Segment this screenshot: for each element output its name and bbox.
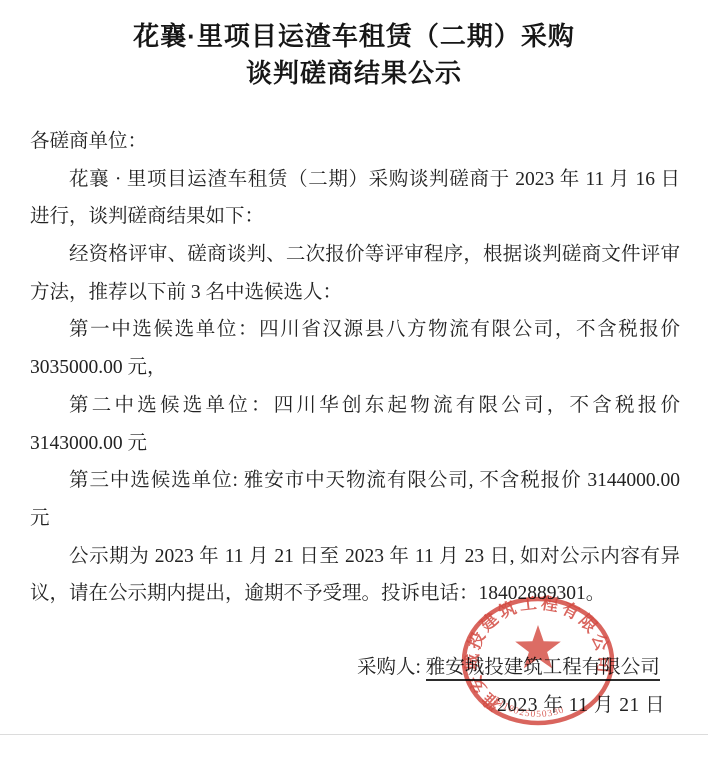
body-line: 进行，谈判磋商结果如下： <box>30 198 680 236</box>
salutation-line: 各磋商单位： <box>30 123 680 161</box>
body-line: 第三中选候选单位: 雅安市中天物流有限公司, 不含税报价 3144000.00 <box>30 462 680 500</box>
body-line: 第二中选候选单位：四川华创东起物流有限公司，不含税报价 <box>30 387 680 425</box>
scan-fold-line <box>0 734 708 735</box>
body-line: 第一中选候选单位：四川省汉源县八方物流有限公司，不含税报价 <box>30 311 680 349</box>
body-line: 元 <box>30 500 680 538</box>
document-body: 各磋商单位： 花襄 · 里项目运渣车租赁（二期）采购谈判磋商于 2023 年 1… <box>30 123 680 613</box>
buyer-signature-line: 采购人: 雅安城投建筑工程有限公司 <box>357 654 660 682</box>
body-line: 花襄 · 里项目运渣车租赁（二期）采购谈判磋商于 2023 年 11 月 16 … <box>30 161 680 199</box>
buyer-company-name: 雅安城投建筑工程有限公司 <box>426 657 660 681</box>
body-line: 议，请在公示期内提出，逾期不予受理。投诉电话：18402889301。 <box>30 575 680 613</box>
body-line: 3035000.00 元， <box>30 349 680 387</box>
document-title-line2: 谈判磋商结果公示 <box>0 53 708 90</box>
buyer-label: 采购人: <box>357 657 426 678</box>
document-page: 花襄·里项目运渣车租赁（二期）采购 谈判磋商结果公示 各磋商单位： 花襄 · 里… <box>0 0 708 782</box>
document-title-line1: 花襄·里项目运渣车租赁（二期）采购 <box>0 16 708 53</box>
signature-date: 2023 年 11 月 21 日 <box>497 693 665 719</box>
body-line: 经资格评审、磋商谈判、二次报价等评审程序，根据谈判磋商文件评审 <box>30 236 680 274</box>
body-line: 3143000.00 元 <box>30 425 680 463</box>
body-line: 方法，推荐以下前 3 名中选候选人： <box>30 274 680 312</box>
body-line: 公示期为 2023 年 11 月 21 日至 2023 年 11 月 23 日,… <box>30 538 680 576</box>
